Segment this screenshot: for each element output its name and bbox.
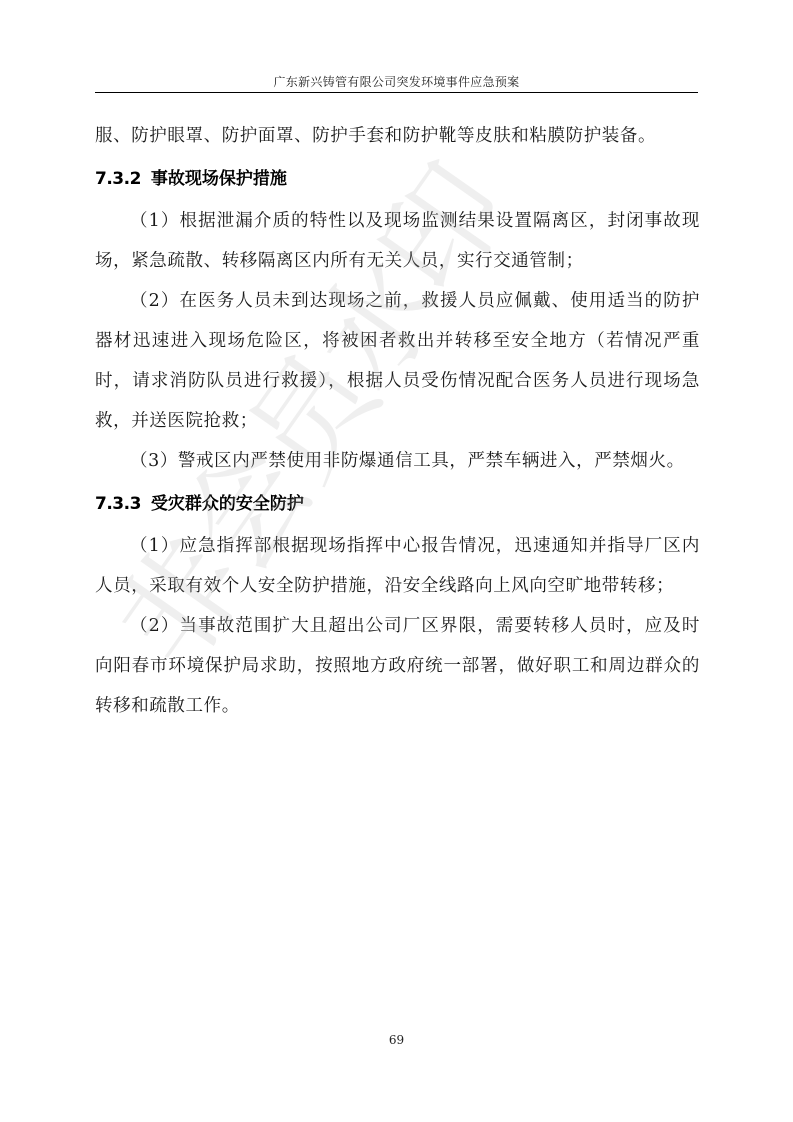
section-title: 事故现场保护措施 bbox=[151, 169, 287, 189]
section-heading-7-3-3: 7.3.3受灾群众的安全防护 bbox=[95, 484, 700, 524]
paragraph: （1）根据泄漏介质的特性以及现场监测结果设置隔离区，封闭事故现场，紧急疏散、转移… bbox=[95, 201, 700, 281]
section-heading-7-3-2: 7.3.2事故现场保护措施 bbox=[95, 159, 700, 199]
paragraph: （3）警戒区内严禁使用非防爆通信工具，严禁车辆进入，严禁烟火。 bbox=[95, 441, 700, 481]
section-number: 7.3.2 bbox=[95, 159, 141, 199]
section-title: 受灾群众的安全防护 bbox=[151, 494, 304, 514]
running-header: 广东新兴铸管有限公司突发环境事件应急预案 bbox=[95, 74, 698, 90]
paragraph: （1）应急指挥部根据现场指挥中心报告情况，迅速通知并指导厂区内人员，采取有效个人… bbox=[95, 526, 700, 606]
paragraph: （2）在医务人员未到达现场之前，救援人员应佩戴、使用适当的防护器材迅速进入现场危… bbox=[95, 281, 700, 441]
paragraph: （2）当事故范围扩大且超出公司厂区界限，需要转移人员时，应及时向阳春市环境保护局… bbox=[95, 606, 700, 726]
page-number: 69 bbox=[0, 1033, 793, 1047]
header-divider bbox=[95, 92, 698, 93]
document-body: 服、防护眼罩、防护面罩、防护手套和防护靴等皮肤和粘膜防护装备。 7.3.2事故现… bbox=[95, 116, 700, 726]
section-number: 7.3.3 bbox=[95, 484, 141, 524]
continuation-paragraph: 服、防护眼罩、防护面罩、防护手套和防护靴等皮肤和粘膜防护装备。 bbox=[95, 116, 700, 156]
